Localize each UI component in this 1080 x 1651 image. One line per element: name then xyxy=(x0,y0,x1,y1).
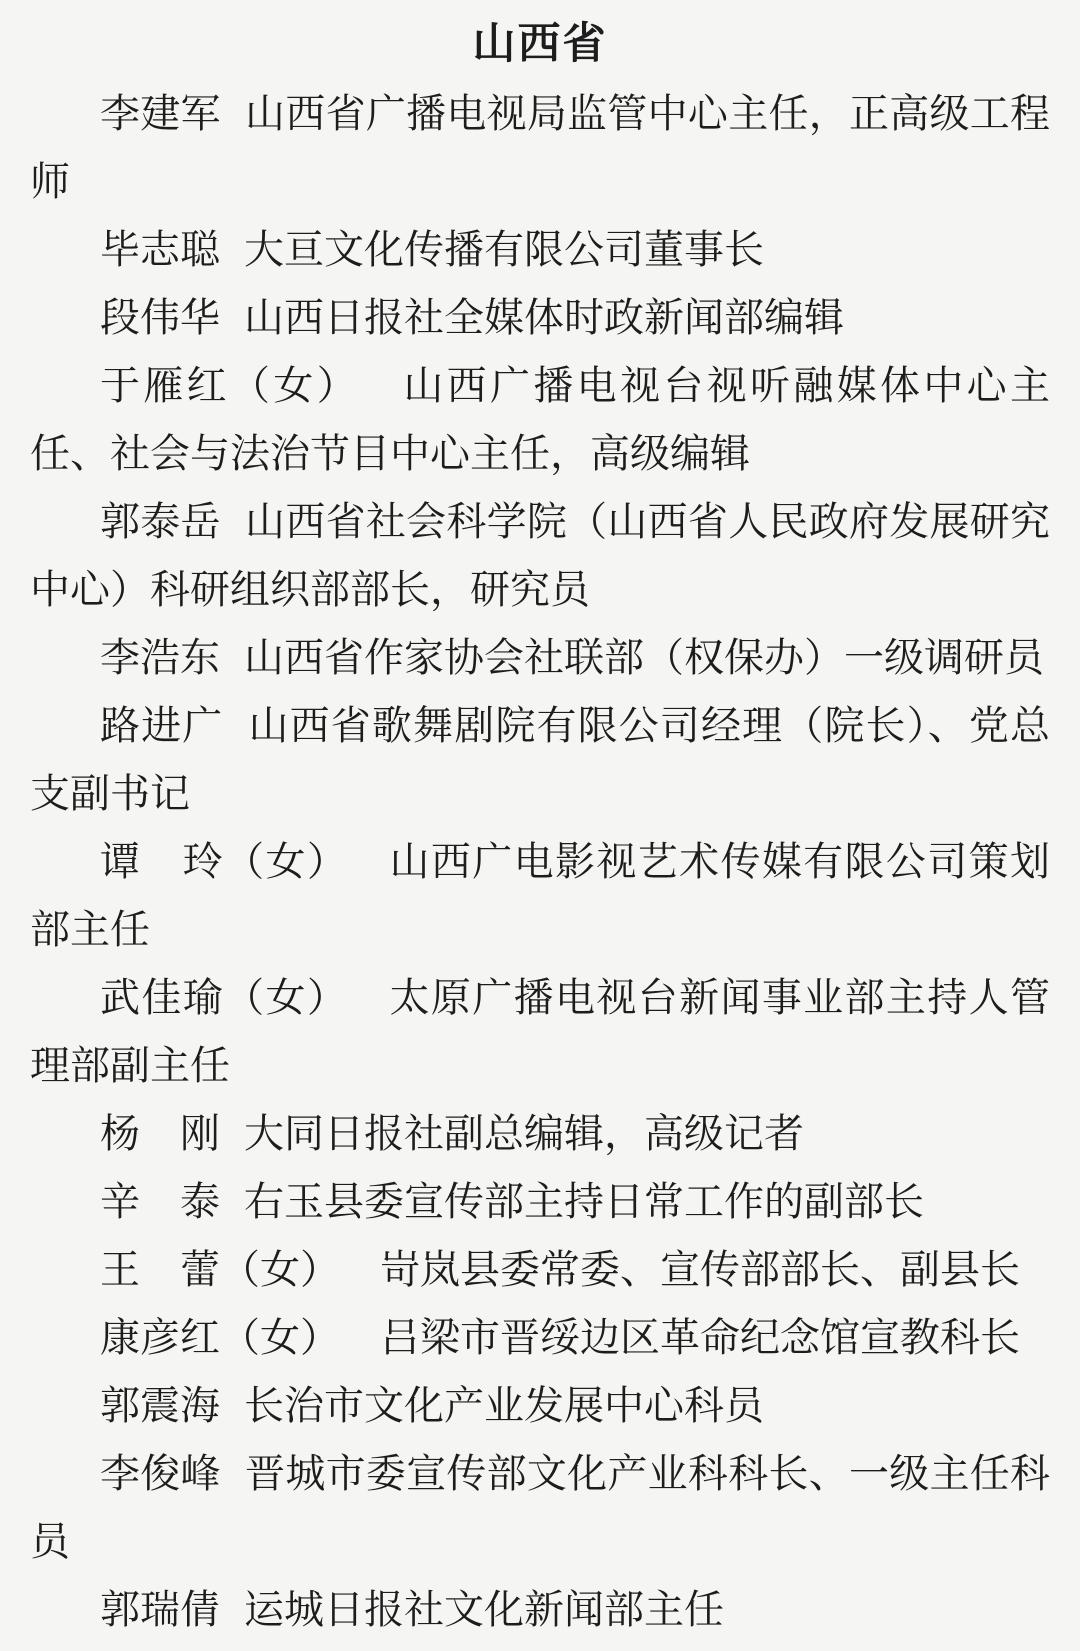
section-title: 山西省 xyxy=(30,8,1050,80)
person-name: 谭 玲 xyxy=(100,840,224,884)
person-title: 右玉县委宣传部主持日常工作的副部长 xyxy=(244,1180,924,1224)
award-entry: 李浩东山西省作家协会社联部（权保办）一级调研员 xyxy=(30,624,1050,692)
person-name: 于雁红 xyxy=(100,364,230,408)
person-title: 长治市文化产业发展中心科员 xyxy=(244,1384,764,1428)
award-entry: 路进广山西省歌舞剧院有限公司经理（院长）、党总支副书记 xyxy=(30,692,1050,828)
award-entry: 康彦红（女）吕梁市晋绥边区革命纪念馆宣教科长 xyxy=(30,1304,1050,1372)
person-name: 李建军 xyxy=(100,92,221,136)
award-entry: 郭瑞倩运城日报社文化新闻部主任 xyxy=(30,1576,1050,1644)
document-page: 山西省 李建军山西省广播电视局监管中心主任，正高级工程师 毕志聪大亘文化传播有限… xyxy=(0,0,1080,1651)
award-entry: 李俊峰晋城市委宣传部文化产业科科长、一级主任科员 xyxy=(30,1440,1050,1576)
person-name: 辛 泰 xyxy=(100,1180,220,1224)
gender-label: （女） xyxy=(230,364,360,408)
award-entry: 郭震海长治市文化产业发展中心科员 xyxy=(30,1372,1050,1440)
award-entry: 辛 泰右玉县委宣传部主持日常工作的副部长 xyxy=(30,1168,1050,1236)
award-entry: 毕志聪大亘文化传播有限公司董事长 xyxy=(30,216,1050,284)
award-entry: 杨 刚大同日报社副总编辑，高级记者 xyxy=(30,1100,1050,1168)
person-name: 毕志聪 xyxy=(100,228,220,272)
award-entry: 郭泰岳山西省社会科学院（山西省人民政府发展研究中心）科研组织部部长，研究员 xyxy=(30,488,1050,624)
person-name: 李俊峰 xyxy=(100,1452,221,1496)
gender-label: （女） xyxy=(224,840,348,884)
person-name: 武佳瑜 xyxy=(100,976,224,1020)
award-entry: 武佳瑜（女）太原广播电视台新闻事业部主持人管理部副主任 xyxy=(30,964,1050,1100)
person-title: 山西省作家协会社联部（权保办）一级调研员 xyxy=(244,636,1044,680)
person-name: 康彦红 xyxy=(100,1316,220,1360)
person-title: 运城日报社文化新闻部主任 xyxy=(244,1588,724,1632)
person-name: 李浩东 xyxy=(100,636,220,680)
award-entry: 谭 玲（女）山西广电影视艺术传媒有限公司策划部主任 xyxy=(30,828,1050,964)
award-entry: 王 蕾（女）岢岚县委常委、宣传部部长、副县长 xyxy=(30,1236,1050,1304)
person-name: 郭震海 xyxy=(100,1384,220,1428)
gender-label: （女） xyxy=(220,1248,340,1292)
person-title: 大亘文化传播有限公司董事长 xyxy=(244,228,764,272)
person-name: 杨 刚 xyxy=(100,1112,220,1156)
person-name: 郭泰岳 xyxy=(100,500,221,544)
award-entry: 段伟华山西日报社全媒体时政新闻部编辑 xyxy=(30,284,1050,352)
person-name: 王 蕾 xyxy=(100,1248,220,1292)
gender-label: （女） xyxy=(224,976,348,1020)
award-entry: 于雁红（女）山西广播电视台视听融媒体中心主任、社会与法治节目中心主任，高级编辑 xyxy=(30,352,1050,488)
award-entry: 李建军山西省广播电视局监管中心主任，正高级工程师 xyxy=(30,80,1050,216)
person-name: 路进广 xyxy=(100,704,223,748)
person-name: 郭瑞倩 xyxy=(100,1588,220,1632)
entries-list: 李建军山西省广播电视局监管中心主任，正高级工程师 毕志聪大亘文化传播有限公司董事… xyxy=(30,80,1050,1644)
person-title: 山西日报社全媒体时政新闻部编辑 xyxy=(244,296,844,340)
gender-label: （女） xyxy=(220,1316,340,1360)
person-title: 吕梁市晋绥边区革命纪念馆宣教科长 xyxy=(380,1316,1020,1360)
person-title: 大同日报社副总编辑，高级记者 xyxy=(244,1112,804,1156)
person-name: 段伟华 xyxy=(100,296,220,340)
person-title: 岢岚县委常委、宣传部部长、副县长 xyxy=(380,1248,1020,1292)
